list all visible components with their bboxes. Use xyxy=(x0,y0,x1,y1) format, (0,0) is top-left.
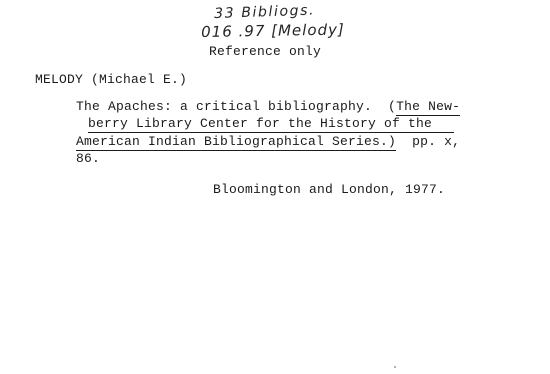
handwritten-shelfmark-annotation: 016 .97 [Melody] xyxy=(201,20,345,41)
imprint-line: Bloomington and London, 1977. xyxy=(213,183,445,197)
title-line-4-pagination: 86. xyxy=(76,152,100,166)
title-line-1-plain: The Apaches: a critical bibliography. ( xyxy=(76,99,396,114)
handwritten-count-annotation: 33 Bibliogs. xyxy=(214,2,315,22)
reference-only-stamp: Reference only xyxy=(209,45,321,59)
title-line-1: The Apaches: a critical bibliography. (T… xyxy=(76,100,460,114)
catalog-card: 33 Bibliogs. 016 .97 [Melody] Reference … xyxy=(0,0,550,374)
title-line-3: American Indian Bibliographical Series.)… xyxy=(76,135,460,149)
title-line-2: berry Library Center for the History of … xyxy=(88,117,454,131)
title-line-3-underlined: American Indian Bibliographical Series.) xyxy=(76,134,396,151)
author-heading: MELODY (Michael E.) xyxy=(35,73,187,87)
title-line-3-plain: pp. x, xyxy=(396,134,460,149)
title-line-1-underlined: The New- xyxy=(396,99,460,116)
title-line-2-underlined: berry Library Center for the History of … xyxy=(88,116,454,133)
paper-speck xyxy=(394,366,396,368)
